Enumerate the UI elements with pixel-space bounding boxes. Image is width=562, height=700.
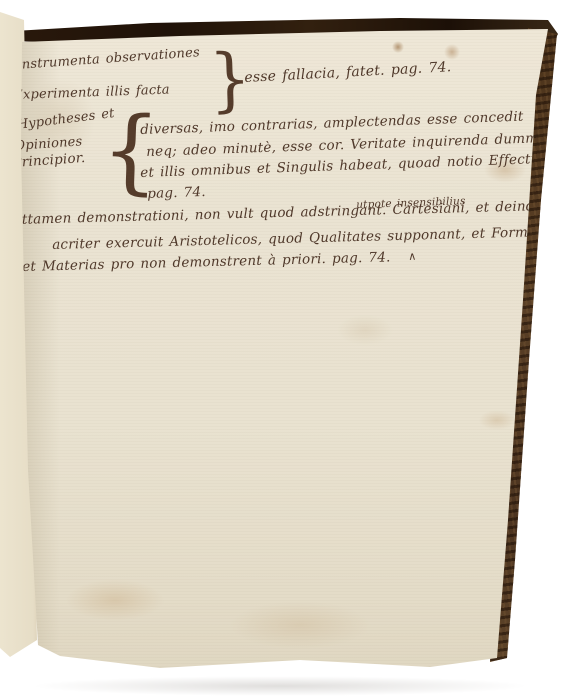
entry3-line-1: Attamen demonstrationi, non vult quod ad… (12, 198, 543, 228)
entry1-line-1: esse fallacia, fatet. pag. 74. (244, 59, 452, 86)
entry2-line-4: pag. 74. (147, 184, 206, 202)
entry3-line-3: et Materias pro non demonstrent à priori… (22, 249, 391, 275)
entry3-caret: ∧ (408, 250, 417, 263)
manuscript-page: Instrumenta observationes Experimenta il… (0, 0, 562, 700)
entry3-line-2: acriter exercuit Aristotelicos, quod Qua… (52, 224, 548, 253)
book-shadow (30, 676, 530, 696)
photo-backdrop: 61 Instrumenta observationes Experimenta… (0, 0, 562, 700)
entry2-label-1: Hypotheses et (16, 106, 115, 133)
entry1-label-1: Instrumenta observationes (16, 45, 200, 73)
